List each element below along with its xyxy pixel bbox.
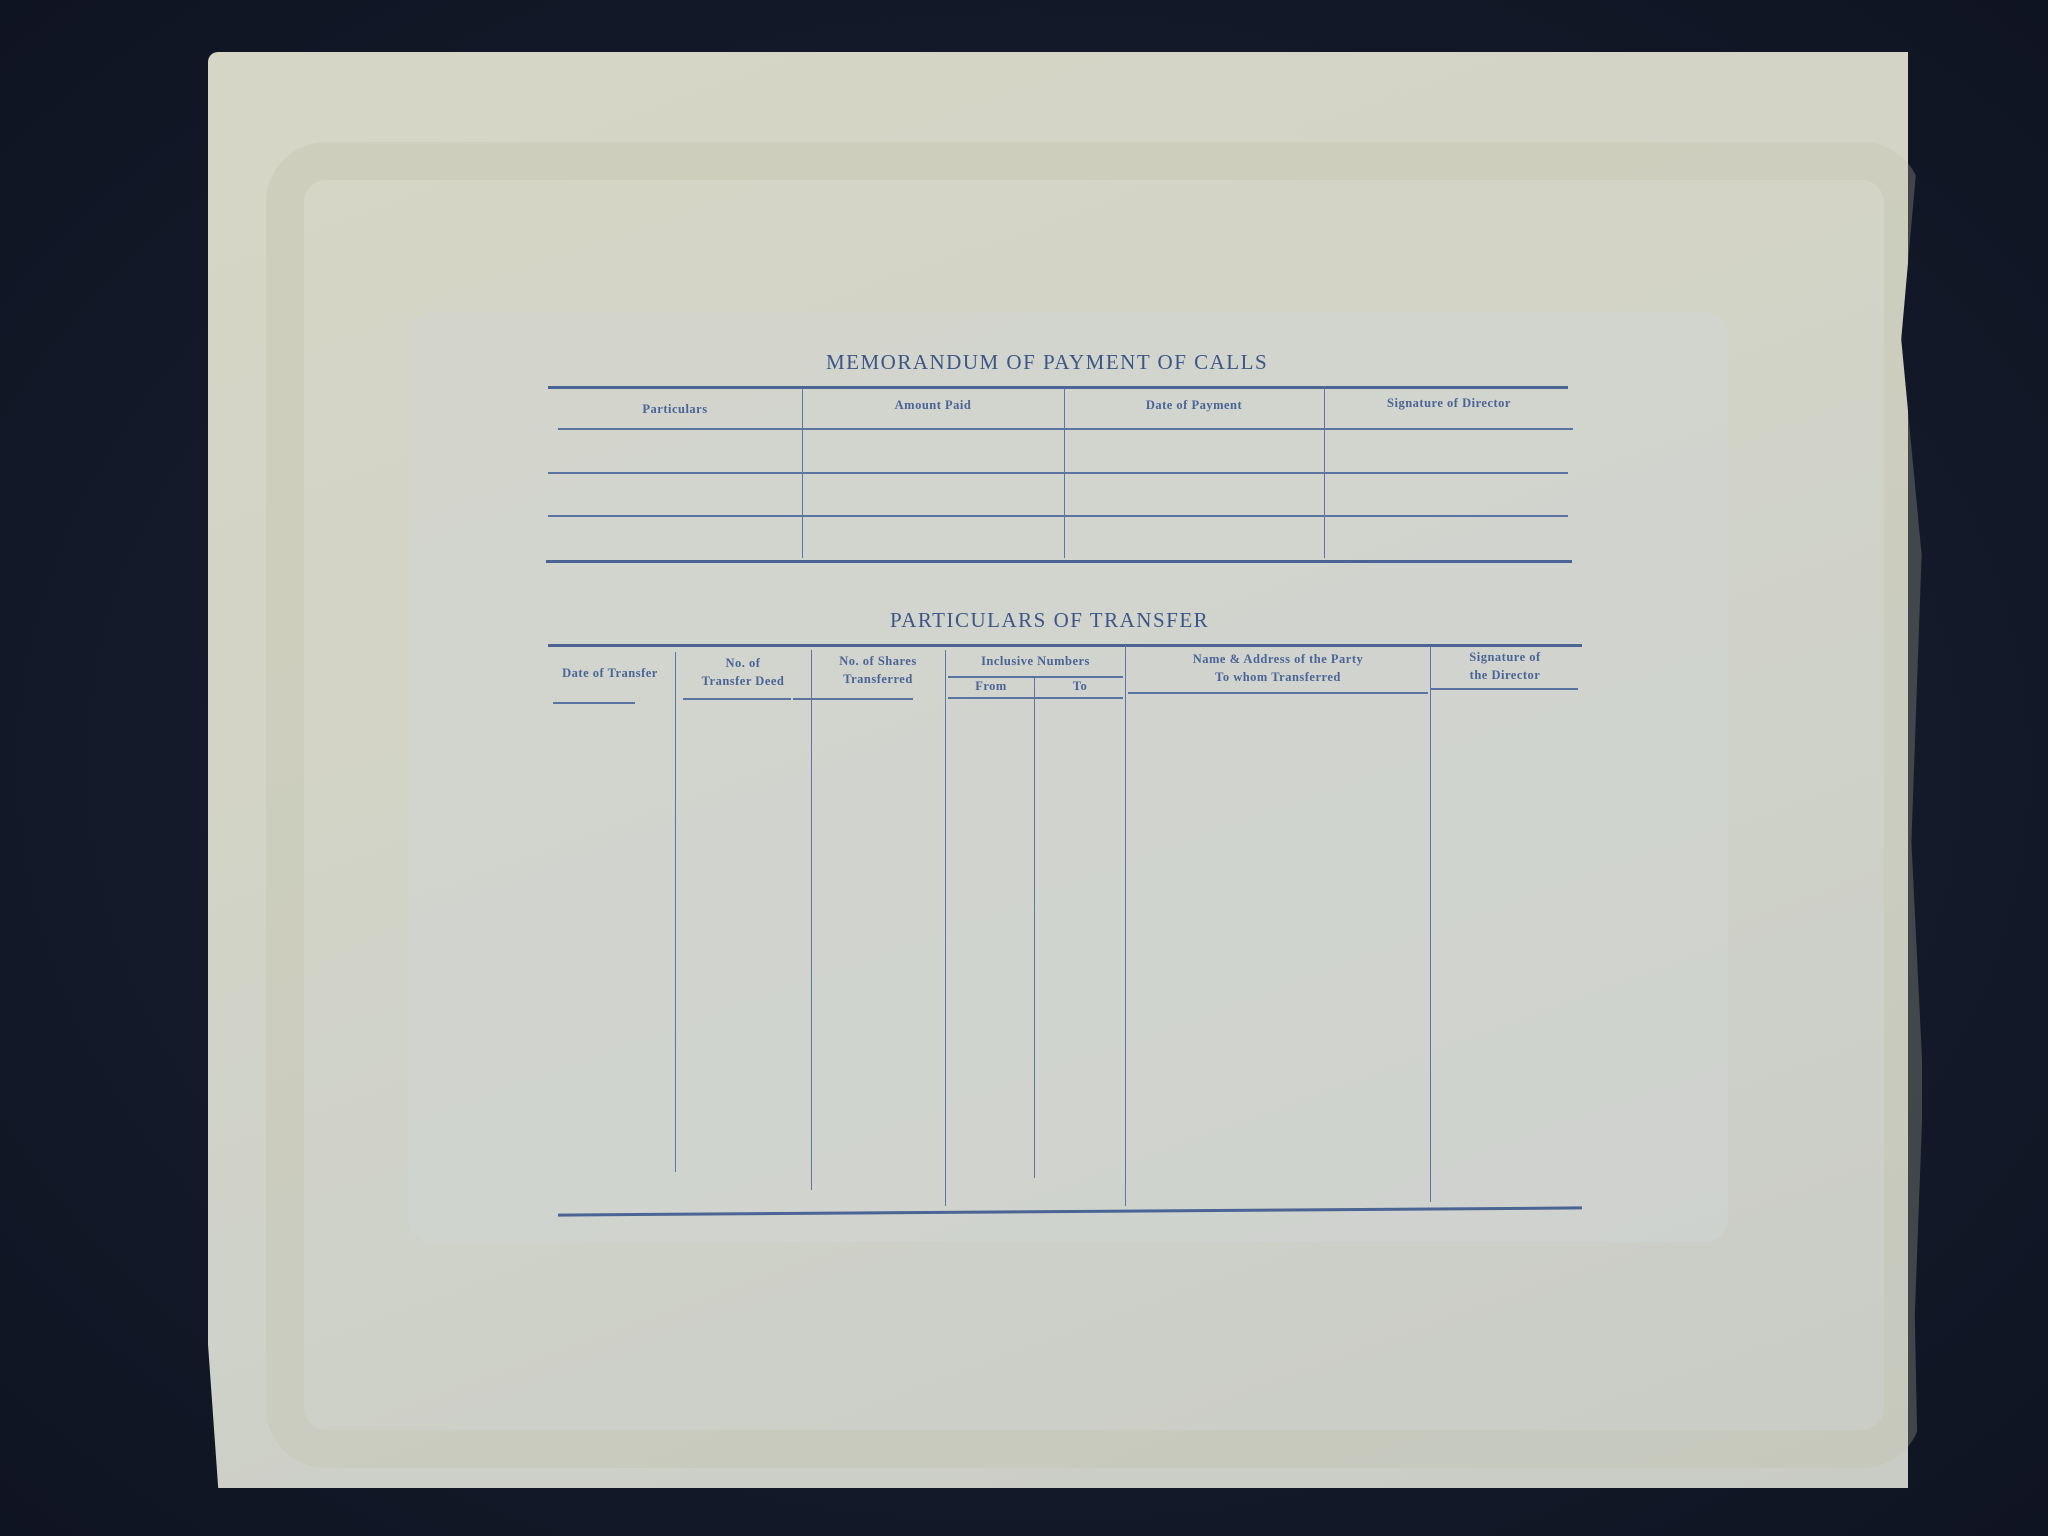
memorandum-bottom-rule [546, 560, 1572, 563]
party-header-underline [1128, 692, 1428, 694]
transfer-col-divider-from-to [1034, 678, 1035, 1178]
memorandum-top-rule [548, 386, 1568, 389]
column-header-signature-director: Signature of the Director [1432, 648, 1578, 684]
certificate-back-paper: MEMORANDUM OF PAYMENT OF CALLS Particula… [208, 52, 1908, 1488]
column-header-amount-paid: Amount Paid [804, 396, 1062, 414]
memorandum-col-divider-2 [1064, 388, 1065, 558]
column-header-date-of-payment: Date of Payment [1066, 396, 1322, 414]
party-header-line-2: To whom Transferred [1128, 668, 1428, 686]
transfer-col-divider-4 [1125, 646, 1126, 1206]
transfer-col-divider-1 [675, 652, 676, 1172]
column-header-shares-transferred: No. of Shares Transferred [813, 652, 943, 688]
memorandum-header-rule [558, 428, 1573, 430]
party-header-line-1: Name & Address of the Party [1128, 650, 1428, 668]
column-header-particulars: Particulars [550, 400, 800, 418]
column-header-signature-of-director: Signature of Director [1326, 394, 1572, 412]
shares-header-line-2: Transferred [813, 670, 943, 688]
sig-header-line-2: the Director [1432, 666, 1578, 684]
column-header-inclusive-numbers: Inclusive Numbers [948, 652, 1123, 670]
deed-header-line-1: No. of [677, 654, 809, 672]
transfer-top-rule [548, 644, 1582, 647]
memorandum-col-divider-1 [802, 388, 803, 558]
column-header-date-of-transfer: Date of Transfer [546, 664, 674, 682]
from-to-underline [948, 697, 1123, 699]
memorandum-col-divider-3 [1324, 386, 1325, 558]
faded-center-panel [408, 312, 1728, 1242]
sig-header-underline [1430, 688, 1578, 690]
deed-header-underline [683, 698, 791, 700]
memorandum-row-rule-1 [548, 472, 1568, 474]
memorandum-row-rule-2 [548, 515, 1568, 517]
sig-header-line-1: Signature of [1432, 648, 1578, 666]
column-header-transfer-deed: No. of Transfer Deed [677, 654, 809, 690]
column-header-from: From [948, 677, 1034, 695]
date-header-underline [553, 702, 635, 704]
transfer-col-divider-3 [945, 650, 946, 1206]
shares-header-line-1: No. of Shares [813, 652, 943, 670]
deed-header-line-2: Transfer Deed [677, 672, 809, 690]
transfer-title: PARTICULARS OF TRANSFER [890, 608, 1209, 633]
column-header-party-transferred: Name & Address of the Party To whom Tran… [1128, 650, 1428, 686]
memorandum-title: MEMORANDUM OF PAYMENT OF CALLS [826, 350, 1268, 375]
column-header-to: To [1036, 677, 1124, 695]
transfer-col-divider-2 [811, 650, 812, 1190]
transfer-col-divider-5 [1430, 646, 1431, 1202]
